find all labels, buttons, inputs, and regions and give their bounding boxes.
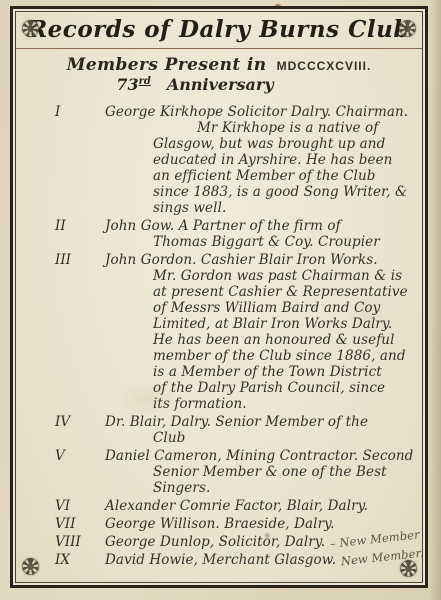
entry-line: since 1883, is a good Song Writer, &	[153, 184, 422, 200]
entry-numeral: IX	[55, 552, 105, 568]
entry-line: Mr Kirkhope is a native of	[197, 120, 422, 136]
entry-line: John Gordon. Cashier Blair Iron Works.	[105, 252, 422, 268]
entry-numeral: VIII	[55, 534, 105, 550]
entry-lines: George Willison. Braeside, Dalry.	[105, 516, 422, 532]
member-entry: VIIIGeorge Dunlop, Solicitor, Dalry.– Ne…	[55, 534, 422, 550]
corner-rosette-icon	[22, 558, 39, 575]
anniversary-ordinal-suffix: rd	[139, 76, 151, 87]
entry-lines: John Gordon. Cashier Blair Iron Works.Mr…	[105, 252, 422, 412]
entry-line: of the Dalry Parish Council, since	[153, 380, 422, 396]
entry-line: Limited, at Blair Iron Works Dalry.	[153, 316, 422, 332]
entry-line-text: Limited, at Blair Iron Works Dalry.	[153, 316, 392, 332]
corner-rosette-icon	[399, 20, 416, 37]
entry-line: He has been an honoured & useful	[153, 332, 422, 348]
member-entry: IGeorge Kirkhope Solicitor Dalry. Chairm…	[55, 104, 422, 216]
entry-line: is a Member of the Town District	[153, 364, 422, 380]
member-entry: IIIJohn Gordon. Cashier Blair Iron Works…	[55, 252, 422, 412]
entry-line-text: Singers.	[153, 480, 210, 496]
entry-line: Thomas Biggart & Coy. Croupier	[153, 234, 422, 250]
entry-line-text: is a Member of the Town District	[153, 364, 382, 380]
entry-numeral: I	[55, 104, 105, 216]
entry-line-text: Daniel Cameron, Mining Contractor. Secon…	[105, 448, 413, 464]
entry-lines: George Dunlop, Solicitor, Dalry.– New Me…	[105, 534, 422, 550]
entry-line: Senior Member & one of the Best	[153, 464, 422, 480]
entry-line: its formation.	[153, 396, 422, 412]
entry-numeral: IV	[55, 414, 105, 446]
member-entry: VIIGeorge Willison. Braeside, Dalry.	[55, 516, 422, 532]
entry-line-text: John Gow. A Partner of the firm of	[105, 218, 341, 234]
entry-line-text: educated in Ayrshire. He has been	[153, 152, 392, 168]
entry-line: Mr. Gordon was past Chairman & is	[153, 268, 422, 284]
entries-list: IGeorge Kirkhope Solicitor Dalry. Chairm…	[55, 104, 422, 568]
entry-line-text: at present Cashier & Representative	[153, 284, 408, 300]
member-entry: VIAlexander Comrie Factor, Blair, Dalry.	[55, 498, 422, 514]
entry-line-text: Club	[153, 430, 185, 446]
entry-line-text: George Willison. Braeside, Dalry.	[105, 516, 334, 532]
anniversary-word: Anniversary	[167, 75, 274, 94]
entry-line: Dr. Blair, Dalry. Senior Member of the	[105, 414, 422, 430]
entry-line: Singers.	[153, 480, 422, 496]
entry-line: of Messrs William Baird and Coy	[153, 300, 422, 316]
inner-border: Records of Dalry Burns Club Members Pres…	[15, 11, 423, 583]
entry-line-text: Senior Member & one of the Best	[153, 464, 387, 480]
entry-line: at present Cashier & Representative	[153, 284, 422, 300]
entry-line-text: Mr. Gordon was past Chairman & is	[153, 268, 402, 284]
entry-lines: Daniel Cameron, Mining Contractor. Secon…	[105, 448, 422, 496]
subtitle-line: Members Present in MDCCCXCVIII.	[16, 55, 422, 75]
entry-line: sings well.	[153, 200, 422, 216]
entry-line-text: He has been an honoured & useful	[153, 332, 395, 348]
entry-line-text: its formation.	[153, 396, 247, 412]
entry-line-text: of Messrs William Baird and Coy	[153, 300, 380, 316]
page-border-frame: Records of Dalry Burns Club Members Pres…	[10, 6, 428, 588]
entry-lines: David Howie, Merchant Glasgow.New Member…	[105, 552, 422, 568]
entry-line-text: an efficient Member of the Club	[153, 168, 376, 184]
entry-line-text: John Gordon. Cashier Blair Iron Works.	[105, 252, 378, 268]
corner-rosette-icon	[22, 20, 39, 37]
entry-line-text: Mr Kirkhope is a native of	[197, 120, 378, 136]
anniversary-line: 73rdAnniversary	[15, 75, 398, 94]
page-title: Records of Dalry Burns Club	[16, 15, 422, 45]
entry-lines: Alexander Comrie Factor, Blair, Dalry.	[105, 498, 422, 514]
member-entry: VDaniel Cameron, Mining Contractor. Seco…	[55, 448, 422, 496]
entry-line: George Willison. Braeside, Dalry.	[105, 516, 422, 532]
entry-line-text: George Dunlop, Solicitor, Dalry.	[105, 534, 325, 550]
entry-lines: Dr. Blair, Dalry. Senior Member of theCl…	[105, 414, 422, 446]
page-edge-shadow	[430, 0, 441, 600]
entry-line: George Dunlop, Solicitor, Dalry.– New Me…	[105, 534, 422, 550]
entry-numeral: V	[55, 448, 105, 496]
entry-line-text: sings well.	[153, 200, 226, 216]
entry-line-text: of the Dalry Parish Council, since	[153, 380, 385, 396]
entry-line: Daniel Cameron, Mining Contractor. Secon…	[105, 448, 422, 464]
entry-line-text: member of the Club since 1886, and	[153, 348, 406, 364]
entry-line: Alexander Comrie Factor, Blair, Dalry.	[105, 498, 422, 514]
entry-line-text: David Howie, Merchant Glasgow.	[105, 552, 336, 568]
member-entry: IXDavid Howie, Merchant Glasgow.New Memb…	[55, 552, 422, 568]
member-entry: IIJohn Gow. A Partner of the firm ofThom…	[55, 218, 422, 250]
year-roman-numerals: MDCCCXCVIII.	[277, 59, 372, 73]
subtitle-script-text: Members Present in	[67, 55, 267, 75]
member-entry: IVDr. Blair, Dalry. Senior Member of the…	[55, 414, 422, 446]
entry-line: an efficient Member of the Club	[153, 168, 422, 184]
entry-line-text: Thomas Biggart & Coy. Croupier	[153, 234, 380, 250]
entry-line-text: since 1883, is a good Song Writer, &	[153, 184, 407, 200]
entry-line: Glasgow, but was brought up and	[153, 136, 422, 152]
entry-line: Club	[153, 430, 422, 446]
entry-line: John Gow. A Partner of the firm of	[105, 218, 422, 234]
entry-line: member of the Club since 1886, and	[153, 348, 422, 364]
entry-line: David Howie, Merchant Glasgow.New Member…	[105, 552, 422, 568]
entry-line-text: George Kirkhope Solicitor Dalry. Chairma…	[105, 104, 408, 120]
entry-line-text: Glasgow, but was brought up and	[153, 136, 385, 152]
entry-numeral: II	[55, 218, 105, 250]
entry-lines: George Kirkhope Solicitor Dalry. Chairma…	[105, 104, 422, 216]
entry-lines: John Gow. A Partner of the firm ofThomas…	[105, 218, 422, 250]
title-divider	[16, 48, 422, 49]
entry-numeral: VI	[55, 498, 105, 514]
entry-numeral: III	[55, 252, 105, 412]
entry-line: educated in Ayrshire. He has been	[153, 152, 422, 168]
entry-line-text: Dr. Blair, Dalry. Senior Member of the	[105, 414, 368, 430]
entry-line-text: Alexander Comrie Factor, Blair, Dalry.	[105, 498, 368, 514]
entry-line: George Kirkhope Solicitor Dalry. Chairma…	[105, 104, 422, 120]
manuscript-page: Records of Dalry Burns Club Members Pres…	[0, 0, 441, 600]
anniversary-number: 73	[116, 75, 138, 94]
entry-numeral: VII	[55, 516, 105, 532]
